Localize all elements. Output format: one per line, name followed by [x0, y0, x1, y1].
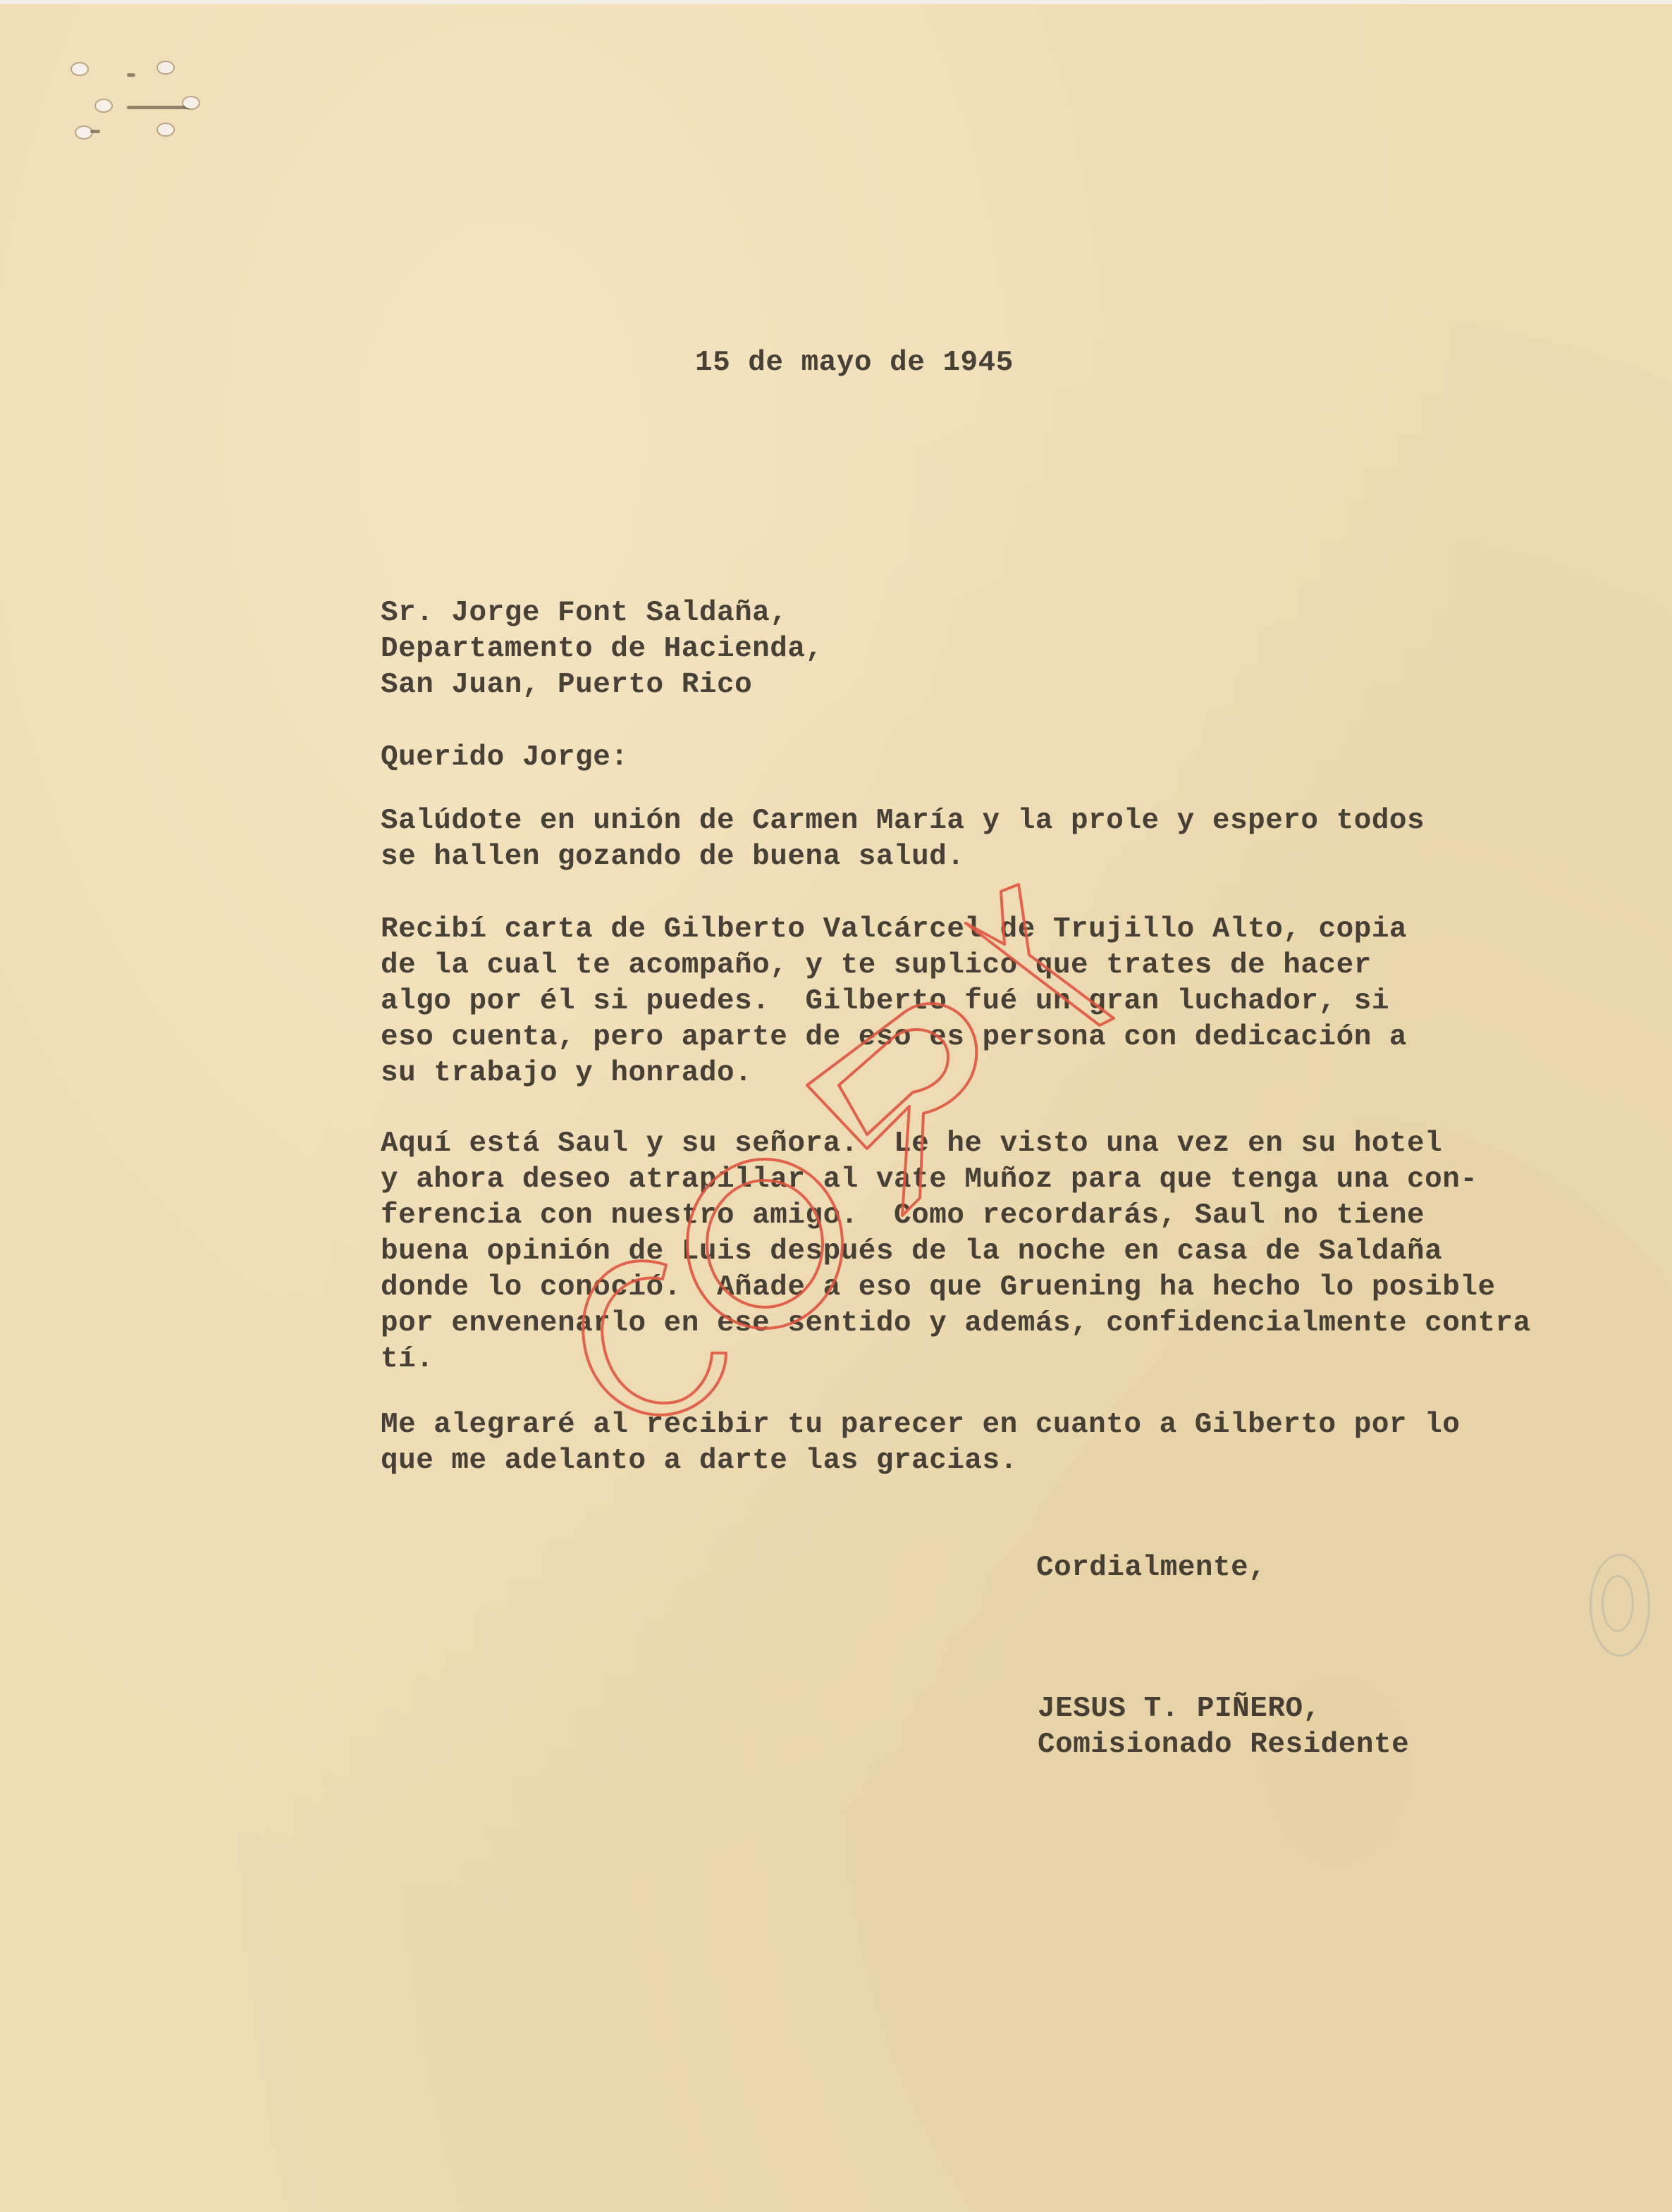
closing: Cordialmente, — [1036, 1550, 1266, 1586]
paragraph-2: Recibí carta de Gilberto Valcárcel de Tr… — [381, 912, 1407, 1092]
punch-mark — [127, 73, 135, 77]
recipient-line: San Juan, Puerto Rico — [381, 667, 823, 703]
paragraph-line: de la cual te acompaño, y te suplico que… — [381, 948, 1407, 984]
recipient-line: Departamento de Hacienda, — [381, 631, 823, 667]
signature-name: JESUS T. PIÑERO, — [1038, 1691, 1409, 1727]
paragraph-line: Recibí carta de Gilberto Valcárcel de Tr… — [381, 912, 1407, 948]
paragraph-line: su trabajo y honrado. — [381, 1056, 1407, 1092]
salutation: Querido Jorge: — [381, 740, 628, 776]
paragraph-line: buena opinión de Luis después de la noch… — [381, 1234, 1531, 1270]
paragraph-line: se hallen gozando de buena salud. — [381, 839, 1425, 875]
paragraph-line: por envenenarlo en ese sentido y además,… — [381, 1306, 1531, 1342]
signature-title: Comisionado Residente — [1038, 1727, 1409, 1763]
paragraph-3: Aquí está Saul y su señora. Le he visto … — [381, 1126, 1531, 1378]
paragraph-line: Salúdote en unión de Carmen María y la p… — [381, 803, 1425, 839]
signature-block: JESUS T. PIÑERO,Comisionado Residente — [1038, 1691, 1409, 1763]
punch-mark — [90, 130, 100, 133]
paragraph-line: algo por él si puedes. Gilberto fué un g… — [381, 984, 1407, 1020]
page-top-edge — [0, 0, 1672, 4]
punch-hole — [96, 100, 111, 111]
punch-hole — [183, 97, 199, 109]
recipient-line: Sr. Jorge Font Saldaña, — [381, 595, 823, 631]
paragraph-line: tí. — [381, 1342, 1531, 1378]
paragraph-line: Aquí está Saul y su señora. Le he visto … — [381, 1126, 1531, 1162]
letter-page — [0, 0, 1672, 2212]
paragraph-line: Me alegraré al recibir tu parecer en cua… — [381, 1407, 1460, 1443]
paragraph-line: que me adelanto a darte las gracias. — [381, 1443, 1460, 1479]
paragraph-1: Salúdote en unión de Carmen María y la p… — [381, 803, 1425, 875]
recipient-address: Sr. Jorge Font Saldaña,Departamento de H… — [381, 595, 823, 703]
paragraph-line: donde lo conoció. Añade a eso que Grueni… — [381, 1270, 1531, 1306]
paragraph-4: Me alegraré al recibir tu parecer en cua… — [381, 1407, 1460, 1479]
letter-date: 15 de mayo de 1945 — [695, 345, 1014, 381]
punch-hole — [72, 63, 87, 75]
punch-hole — [158, 62, 173, 73]
paragraph-line: eso cuenta, pero aparte de eso es person… — [381, 1020, 1407, 1056]
paragraph-line: y ahora deseo atrapillar al vate Muñoz p… — [381, 1162, 1531, 1198]
archive-mark-inner — [1602, 1575, 1634, 1632]
punch-hole — [158, 124, 173, 135]
paragraph-line: ferencia con nuestro amigo. Como recorda… — [381, 1198, 1531, 1234]
punch-hole — [76, 127, 92, 138]
punch-mark — [127, 106, 190, 109]
